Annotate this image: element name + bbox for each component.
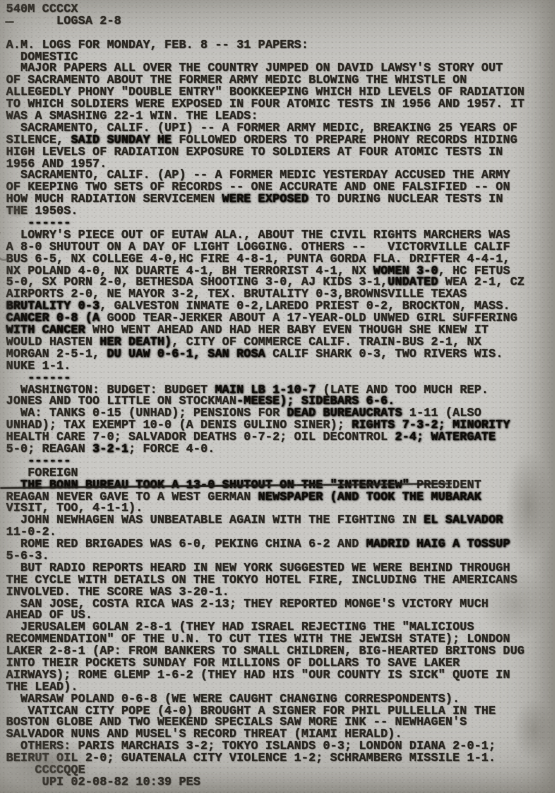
document-line: ------ — [6, 456, 555, 468]
text-segment: TO DURING NUCLEAR TESTS IN — [308, 192, 502, 206]
text-segment: EL SALVADOR — [424, 513, 503, 527]
document-line: MORGAN 2-5-1, DU UAW 0-6-1, SAN ROSA CAL… — [6, 349, 555, 361]
text-segment: ; FORCE 4-0. — [128, 442, 214, 456]
document-line: LOGSA 2-8 — [6, 16, 555, 28]
document-line: THE 1950S. — [6, 206, 555, 218]
text-segment: CALIF SHARK 0-3, TWO RIVERS WIS. — [265, 347, 503, 361]
document-lines: 540M CCCCX LOGSA 2-8A.M. LOGS FOR MONDAY… — [6, 4, 555, 789]
document-line: NUKE 1-1. — [6, 361, 555, 373]
text-segment: NEWSPAPER (AND TOOK THE MUBARAK — [258, 490, 481, 504]
text-segment: WERE EXPOSED — [222, 192, 308, 206]
document-line: BEIRUT OIL 2-0; GUATENALA CITY VIOLENCE … — [6, 753, 555, 765]
document-line: 5-0; REAGAN 3-2-1; FORCE 4-0. — [6, 444, 555, 456]
document-line: UPI 02-08-82 10:39 PES — [6, 777, 555, 789]
text-segment: ------ — [6, 371, 71, 385]
text-segment: MADRID HAIG A TOSSUP — [366, 537, 510, 551]
text-segment: UPI 02-08-82 10:39 PES — [6, 775, 200, 789]
document-line: AIRWAYS); ROME GLEMP 1-6-2 (THEY HAD HIS… — [6, 670, 555, 682]
text-segment: ------ — [6, 454, 71, 468]
text-segment: 3-2-1 — [92, 442, 128, 456]
document-line: A.M. LOGS FOR MONDAY, FEB. 8 -- 31 PAPER… — [6, 40, 555, 52]
text-segment: UNDATED — [388, 275, 438, 289]
text-segment: SAID SUNDAY HE — [71, 133, 172, 147]
text-segment: LOGSA 2-8 — [6, 14, 121, 28]
scanned-teletype-page: 540M CCCCX LOGSA 2-8A.M. LOGS FOR MONDAY… — [0, 0, 555, 793]
document-line: HOW MUCH RADIATION SERVICEMEN WERE EXPOS… — [6, 194, 555, 206]
text-segment: DU UAW 0-6-1, SAN ROSA — [107, 347, 265, 361]
document-line: JOHN NEWHAGEN WAS UNBEATABLE AGAIN WITH … — [6, 515, 555, 527]
text-segment: AIRWAYS); ROME GLEMP 1-6-2 (THEY HAD HIS… — [6, 668, 510, 682]
text-segment: JOHN NEWHAGEN WAS UNBEATABLE AGAIN WITH … — [6, 513, 424, 527]
text-segment: 2-4; WATERGATE — [395, 430, 496, 444]
text-segment: ------ — [6, 216, 71, 230]
text-segment: WITH CANCER — [6, 323, 85, 337]
text-segment: ROME RED BRIGADES WAS 6-0, PEKING CHINA … — [6, 537, 366, 551]
document-line: ROME RED BRIGADES WAS 6-0, PEKING CHINA … — [6, 539, 555, 551]
